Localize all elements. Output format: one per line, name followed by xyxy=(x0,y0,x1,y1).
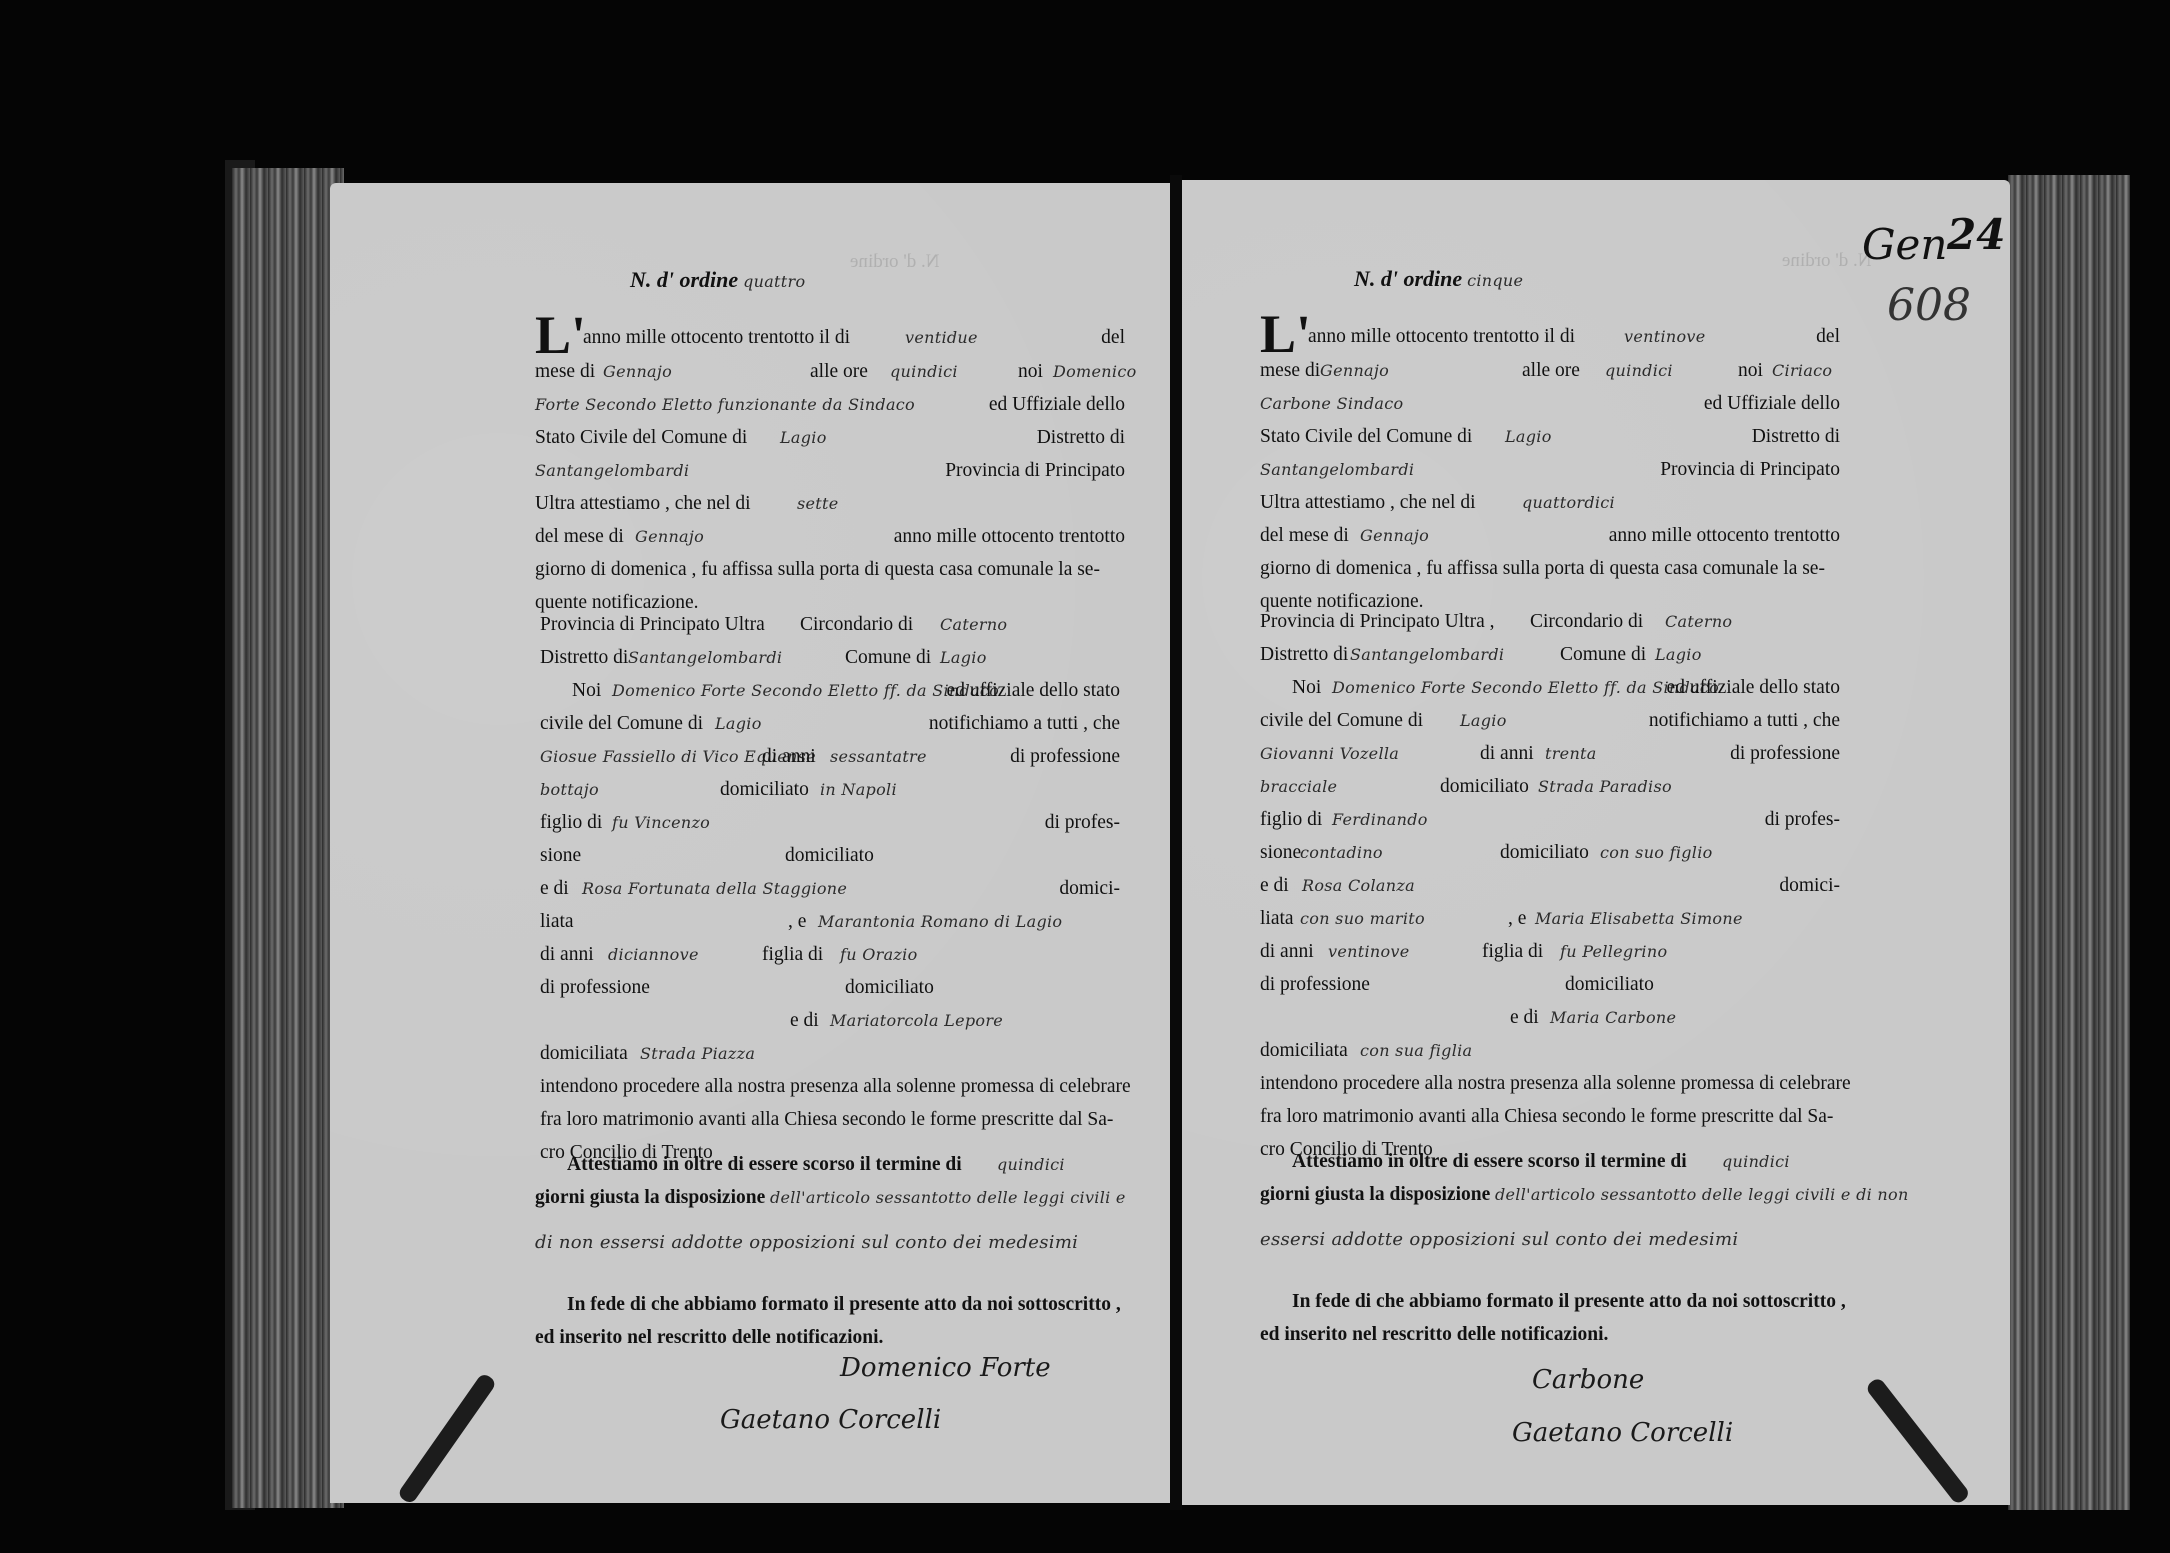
text: ed Uffiziale dello xyxy=(989,388,1125,421)
text: Ultra attestiamo , che nel di xyxy=(1260,486,1476,519)
text: figlio di xyxy=(1260,803,1322,836)
text: del mese di xyxy=(535,520,624,553)
handwritten-comune: Lagio xyxy=(1655,638,1702,671)
text: anno mille ottocento trentotto il di xyxy=(583,321,850,354)
handwritten-comune: Lagio xyxy=(715,707,762,740)
text: liata xyxy=(1260,902,1294,935)
text: domiciliata xyxy=(540,1037,628,1070)
book-fore-edge-left xyxy=(232,168,344,1508)
handwritten-distretto: Santangelombardi xyxy=(535,454,689,487)
handwritten-official: Carbone Sindaco xyxy=(1260,387,1403,420)
text: Distretto di xyxy=(1037,421,1125,454)
text: domiciliato xyxy=(1500,836,1589,869)
text: del xyxy=(1816,320,1840,353)
bleed-through-text: N. d' ordine xyxy=(850,251,939,273)
text: fra loro matrimonio avanti alla Chiesa s… xyxy=(540,1103,1113,1136)
text: domici- xyxy=(1779,869,1840,902)
right-page: N. d' ordine Gen 24 608 N. d' ordine cin… xyxy=(1182,180,2010,1505)
text: Stato Civile del Comune di xyxy=(1260,420,1472,453)
dropcap: L' xyxy=(1260,312,1311,356)
text: Noi xyxy=(572,674,601,707)
text: Distretto di xyxy=(1260,638,1348,671)
text: giorno di domenica , fu affissa sulla po… xyxy=(1260,552,1825,585)
order-label: N. d' ordine xyxy=(1354,266,1462,291)
text: In fede di che abbiamo formato il presen… xyxy=(1292,1285,1846,1318)
margin-note-day: 24 xyxy=(1947,210,2005,259)
handwritten-bride-name: Marantonia Romano di Lagio xyxy=(818,905,1062,938)
handwritten-official: Domenico Forte Secondo Eletto ff. da Sin… xyxy=(1332,671,1719,704)
text: Circondario di xyxy=(800,608,913,641)
handwritten-father-domicile: con suo figlio xyxy=(1600,836,1713,869)
handwritten-bride-age: ventinove xyxy=(1328,935,1410,968)
order-number: quattro xyxy=(743,272,805,291)
text: notifichiamo a tutti , che xyxy=(929,707,1120,740)
handwritten-days: quindici xyxy=(997,1148,1065,1181)
margin-note-folio: 608 xyxy=(1887,280,1971,331)
text: alle ore xyxy=(810,355,868,388)
handwritten-bride-domicile: con sua figlia xyxy=(1360,1034,1472,1067)
text: del mese di xyxy=(1260,519,1349,552)
handwritten-official: Domenico Forte Secondo Eletto ff. da Sin… xyxy=(612,674,999,707)
text: ed inserito nel rescritto delle notifica… xyxy=(1260,1318,1608,1351)
text: e di xyxy=(540,872,569,905)
handwritten-groom-father: Ferdinando xyxy=(1332,803,1428,836)
text: mese di xyxy=(1260,354,1320,387)
text: Attestiamo in oltre di essere scorso il … xyxy=(567,1148,962,1181)
handwritten-bride-name: Maria Elisabetta Simone xyxy=(1535,902,1743,935)
text: notifichiamo a tutti , che xyxy=(1649,704,1840,737)
handwritten-month: Gennajo xyxy=(603,355,672,388)
text: fra loro matrimonio avanti alla Chiesa s… xyxy=(1260,1100,1833,1133)
book-fore-edge-right xyxy=(2008,175,2130,1510)
text: di anni xyxy=(762,740,816,773)
handwritten-groom-domicile: in Napoli xyxy=(820,773,897,806)
handwritten-bride-age: diciannove xyxy=(608,938,699,971)
handwritten-groom-domicile: Strada Paradiso xyxy=(1538,770,1672,803)
handwritten-groom-father: fu Vincenzo xyxy=(612,806,710,839)
handwritten-official: Forte Secondo Eletto funzionante da Sind… xyxy=(535,388,915,421)
text: Distretto di xyxy=(540,641,628,674)
text: , e xyxy=(788,905,806,938)
signature-1: Domenico Forte xyxy=(840,1353,1051,1383)
right-notice-block: Provincia di Principato Ultra , Circonda… xyxy=(1260,605,1840,1166)
text: mese di xyxy=(535,355,595,388)
text: ed uffiziale dello stato xyxy=(1667,671,1840,704)
text: Circondario di xyxy=(1530,605,1643,638)
text: ed Uffiziale dello xyxy=(1704,387,1840,420)
handwritten-groom-profession: bracciale xyxy=(1260,770,1337,803)
handwritten-article: dell'articolo sessantotto delle leggi ci… xyxy=(770,1181,1126,1214)
handwritten-circondario: Caterno xyxy=(1665,605,1732,638)
text: domiciliato xyxy=(785,839,874,872)
right-order-heading: N. d' ordine cinque xyxy=(1354,262,1523,297)
handwritten-no-opposition: di non essersi addotte opposizioni sul c… xyxy=(535,1226,1078,1259)
left-header-block: L' anno mille ottocento trentotto il di … xyxy=(535,321,1125,619)
handwritten-bride-father: fu Pellegrino xyxy=(1560,935,1667,968)
left-notice-block: Provincia di Principato Ultra Circondari… xyxy=(540,608,1120,1169)
handwritten-bride-mother: Mariatorcola Lepore xyxy=(830,1004,1003,1037)
handwritten-distretto: Santangelombardi xyxy=(628,641,782,674)
text: domici- xyxy=(1059,872,1120,905)
order-label: N. d' ordine xyxy=(630,267,738,292)
text: giorni giusta la disposizione xyxy=(1260,1178,1490,1211)
text: di anni xyxy=(1260,935,1314,968)
text: di profes- xyxy=(1765,803,1840,836)
text: sione xyxy=(540,839,581,872)
handwritten-no-opposition: essersi addotte opposizioni sul conto de… xyxy=(1260,1223,1738,1256)
text: civile del Comune di xyxy=(1260,704,1423,737)
bleed-through-text: N. d' ordine xyxy=(1782,250,1871,272)
text: Provincia di Principato Ultra xyxy=(540,608,765,641)
text: Distretto di xyxy=(1752,420,1840,453)
text: di professione xyxy=(1260,968,1370,1001)
text: anno mille ottocento trentotto il di xyxy=(1308,320,1575,353)
signature-1: Carbone xyxy=(1532,1365,1644,1395)
right-header-block: L' anno mille ottocento trentotto il di … xyxy=(1260,320,1840,618)
text: Noi xyxy=(1292,671,1321,704)
signature-2: Gaetano Corcelli xyxy=(720,1405,941,1435)
handwritten-day: sette xyxy=(797,487,839,520)
text: figlia di xyxy=(1482,935,1543,968)
text: Comune di xyxy=(1560,638,1646,671)
handwritten-distretto: Santangelombardi xyxy=(1260,453,1414,486)
handwritten-hour: quindici xyxy=(1605,354,1673,387)
text: figlio di xyxy=(540,806,602,839)
text: sione xyxy=(1260,836,1301,869)
handwritten-bride-mother: Maria Carbone xyxy=(1550,1001,1676,1034)
handwritten-father-profession: contadino xyxy=(1300,836,1383,869)
handwritten-bride-domicile: Strada Piazza xyxy=(640,1037,755,1070)
handwritten-groom-mother: Rosa Colanza xyxy=(1302,869,1415,902)
left-attest-block: Attestiamo in oltre di essere scorso il … xyxy=(535,1148,1135,1354)
text: , e xyxy=(1508,902,1526,935)
text: e di xyxy=(790,1004,819,1037)
handwritten-hour: quindici xyxy=(890,355,958,388)
left-page: N. d' ordine N. d' ordine quattro L' ann… xyxy=(330,183,1170,1503)
handwritten-day: quattordici xyxy=(1522,486,1615,519)
text: Comune di xyxy=(845,641,931,674)
text: ed uffiziale dello stato xyxy=(947,674,1120,707)
handwritten-groom-mother: Rosa Fortunata della Staggione xyxy=(582,872,847,905)
text: del xyxy=(1101,321,1125,354)
text: ed inserito nel rescritto delle notifica… xyxy=(535,1321,883,1354)
text: domiciliato xyxy=(720,773,809,806)
text: di professione xyxy=(1730,737,1840,770)
text: e di xyxy=(1510,1001,1539,1034)
text: anno mille ottocento trentotto xyxy=(1609,519,1840,552)
text: giorno di domenica , fu affissa sulla po… xyxy=(535,553,1100,586)
text: Provincia di Principato Ultra , xyxy=(1260,605,1495,638)
handwritten-groom-age: trenta xyxy=(1545,737,1597,770)
handwritten-month: Gennajo xyxy=(1320,354,1389,387)
order-number: cinque xyxy=(1467,271,1523,290)
handwritten-days: quindici xyxy=(1722,1145,1790,1178)
text: di professione xyxy=(1010,740,1120,773)
text: Provincia di Principato xyxy=(1660,453,1840,486)
text: di anni xyxy=(1480,737,1534,770)
text: figlia di xyxy=(762,938,823,971)
handwritten-circondario: Caterno xyxy=(940,608,1007,641)
handwritten-month: Gennajo xyxy=(1360,519,1429,552)
dropcap: L' xyxy=(535,313,586,357)
text: giorni giusta la disposizione xyxy=(535,1181,765,1214)
handwritten-name: Ciriaco xyxy=(1772,354,1832,387)
handwritten-name: Domenico xyxy=(1053,355,1137,388)
text: Attestiamo in oltre di essere scorso il … xyxy=(1292,1145,1687,1178)
handwritten-comune: Lagio xyxy=(940,641,987,674)
text: noi xyxy=(1738,354,1763,387)
book-spine xyxy=(1170,175,1182,1510)
text: Stato Civile del Comune di xyxy=(535,421,747,454)
text: e di xyxy=(1260,869,1289,902)
text: intendono procedere alla nostra presenza… xyxy=(1260,1067,1851,1100)
handwritten-comune: Lagio xyxy=(1460,704,1507,737)
right-attest-block: Attestiamo in oltre di essere scorso il … xyxy=(1260,1145,1860,1351)
handwritten-bride-father: fu Orazio xyxy=(840,938,918,971)
text: noi xyxy=(1018,355,1043,388)
handwritten-day: ventinove xyxy=(1624,320,1706,353)
handwritten-comune: Lagio xyxy=(1505,420,1552,453)
handwritten-groom-profession: bottajo xyxy=(540,773,599,806)
text: Provincia di Principato xyxy=(945,454,1125,487)
text: Ultra attestiamo , che nel di xyxy=(535,487,751,520)
text: di profes- xyxy=(1045,806,1120,839)
text: domiciliata xyxy=(1260,1034,1348,1067)
left-order-heading: N. d' ordine quattro xyxy=(630,263,805,298)
text: di professione xyxy=(540,971,650,1004)
text: di anni xyxy=(540,938,594,971)
handwritten-article: dell'articolo sessantotto delle leggi ci… xyxy=(1495,1178,1909,1211)
text: domiciliato xyxy=(1440,770,1529,803)
margin-note-prefix: Gen xyxy=(1862,220,1947,269)
text: In fede di che abbiamo formato il presen… xyxy=(567,1288,1121,1321)
text: domiciliato xyxy=(845,971,934,1004)
handwritten-groom-age: sessantatre xyxy=(830,740,927,773)
text: anno mille ottocento trentotto xyxy=(894,520,1125,553)
text: intendono procedere alla nostra presenza… xyxy=(540,1070,1131,1103)
text: liata xyxy=(540,905,574,938)
handwritten-distretto: Santangelombardi xyxy=(1350,638,1504,671)
handwritten-day: ventidue xyxy=(905,321,978,354)
text: civile del Comune di xyxy=(540,707,703,740)
signature-2: Gaetano Corcelli xyxy=(1512,1418,1733,1448)
handwritten-month: Gennajo xyxy=(635,520,704,553)
text: alle ore xyxy=(1522,354,1580,387)
handwritten-comune: Lagio xyxy=(780,421,827,454)
handwritten-groom-name: Giovanni Vozella xyxy=(1260,737,1399,770)
text: domiciliato xyxy=(1565,968,1654,1001)
handwritten-mother-domicile: con suo marito xyxy=(1300,902,1425,935)
